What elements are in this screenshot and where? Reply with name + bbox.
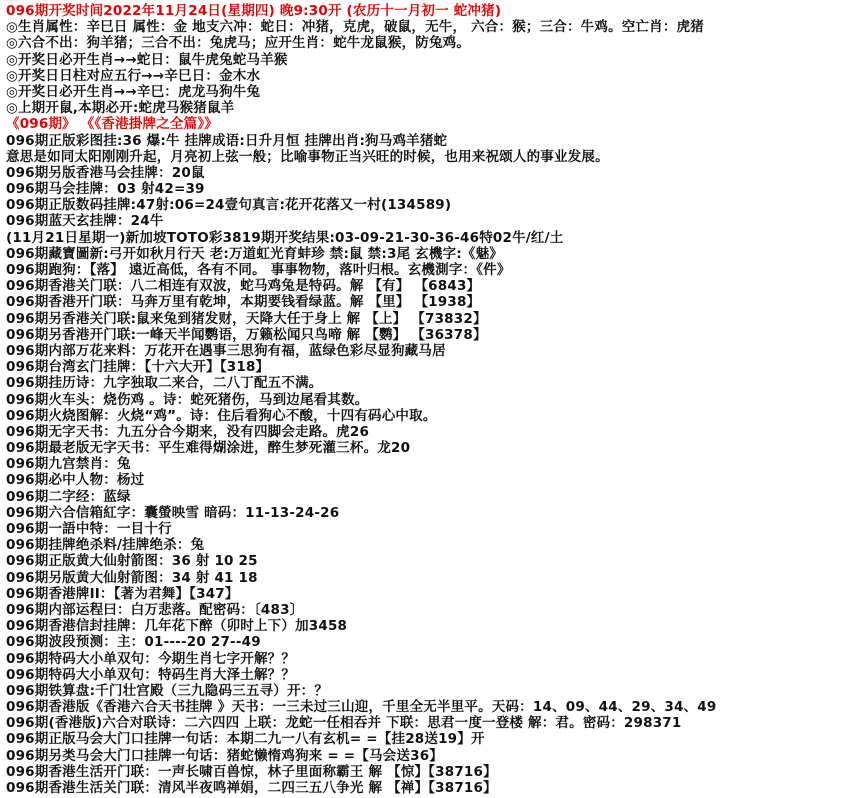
- text-line: 096期铁算盘:千门壮宫殿（三九隐码三五寻）开：？: [6, 683, 841, 699]
- text-line: 096期火车头：烧伤鸡 。诗：蛇死猪伤，马到边尾看其数。: [6, 392, 841, 408]
- text-line: ◎上期开鼠,本期必开:蛇虎马猴猪鼠羊: [6, 100, 841, 116]
- text-line: 096期二字经：蓝绿: [6, 489, 841, 505]
- text-line: 096期九宫禁肖：兔: [6, 456, 841, 472]
- text-line: 096期内部运程曰：白万悲落。配密码：〔483〕: [6, 602, 841, 618]
- text-line: 096期藏寶圖新:弓开如秋月行天 老:万道虹光育蚌珍 禁:鼠 禁:3尾 玄機字:…: [6, 246, 841, 262]
- text-line: 096期香港开门联：马奔万里有乾坤，本期要钱看绿蓝。解 【里】 【1938】: [6, 294, 841, 310]
- text-line: 096期香港生活开门联：一声长啸百兽惊，林子里面称霸王 解 【惊】【38716】: [6, 764, 841, 780]
- text-line: ◎开奖日必开生肖→→辛巳：虎龙马狗牛兔: [6, 84, 841, 100]
- content: 096期开奖时间2022年11月24日(星期四) 晚9:30开 (农历十一月初一…: [6, 3, 841, 796]
- text-line: 096期六合信箱紅字：囊螢映雪 暗码：11-13-24-26: [6, 505, 841, 521]
- text-line: 096期香港信封挂牌：几年花下醉（卯时上下）加3458: [6, 618, 841, 634]
- text-line: ◎开奖日日柱对应五行→→辛巳日：金木水: [6, 68, 841, 84]
- text-line: 096期另版香港马会挂牌：20鼠: [6, 165, 841, 181]
- text-line: 096期正版黄大仙射箭图：36 射 10 25: [6, 553, 841, 569]
- text-line: 096期正版数码挂牌:47射:06=24壹句真言:花开花落又一村(134589): [6, 197, 841, 213]
- text-line: 096期一語中特：一目十行: [6, 521, 841, 537]
- text-line: 096期跑狗：【落】 遠近高低，各有不同。 事事物物，落叶归根。玄機測字：《件》: [6, 262, 841, 278]
- text-line: 096期另版黄大仙射箭图：34 射 41 18: [6, 570, 841, 586]
- text-line: 096期蓝天玄挂牌：24牛: [6, 213, 841, 229]
- text-line: (11月21日星期一)新加坡TOTO彩3819期开奖结果:03-09-21-30…: [6, 230, 841, 246]
- text-line: 意思是如同太阳刚刚升起，月亮初上弦一般；比喻事物正当兴旺的时候，也用来祝颂人的事…: [6, 149, 841, 165]
- text-line: 096期另香港关门联:鼠来兔到猪发财，天降大任于身上 解 【上】 【73832】: [6, 311, 841, 327]
- text-line: 096期特码大小单双句：今期生肖七字开解？？: [6, 651, 841, 667]
- lottery-tips-page: 096期开奖时间2022年11月24日(星期四) 晚9:30开 (农历十一月初一…: [0, 0, 841, 798]
- text-line: 096期香港生活关门联：清风半夜鸣禅娟，二四三五八争光 解 【禅】【38716】: [6, 780, 841, 796]
- text-line: 096期香港关门联：八二相连有双波，蛇马鸡兔是特码。解 【有】 【6843】: [6, 278, 841, 294]
- text-line: 096期另香港开门联:一峰天半闻鹦语，万籁松闻只鸟啼 解 【鹦】 【36378】: [6, 327, 841, 343]
- text-line: 096期特码大小单双句：特码生肖大泽土解？？: [6, 667, 841, 683]
- text-line: ◎六合不出：狗羊猪；三合不出：兔虎马；应开生肖：蛇牛龙鼠猴，防兔鸡。: [6, 35, 841, 51]
- text-line: 096期火烧图解：火烧“鸡”。诗：住后看狗心不酸，十四有码心中取。: [6, 408, 841, 424]
- text-line: 096期台湾玄门挂牌：【十六大开】【318】: [6, 359, 841, 375]
- text-line: 096期(香港版)六合对联诗：二六四四 上联：龙蛇一任相吞并 下联：思君一度一登…: [6, 715, 841, 731]
- text-line: ◎生肖属性：辛巳日 属性：金 地支六冲：蛇日：冲猪，克虎，破鼠，无牛， 六合：猴…: [6, 19, 841, 35]
- text-line: 096期正版彩图挂:36 爆:牛 挂牌成语:日升月恒 挂牌出肖:狗马鸡羊猪蛇: [6, 133, 841, 149]
- text-line: 096期必中人物：杨过: [6, 472, 841, 488]
- text-line: 096期正版马会大门口挂牌一句话：本期二九一八有玄机= =【挂28送19】开: [6, 731, 841, 747]
- text-line: 096期内部万花来料：万花开在遇事三思狗有福，蓝绿色彩尽显狗藏马居: [6, 343, 841, 359]
- text-line: 096期香港牌II：【著为君舞】【347】: [6, 586, 841, 602]
- text-line: ◎开奖日必开生肖→→蛇日：鼠牛虎兔蛇马羊猴: [6, 52, 841, 68]
- text-line: 096期波段预测：主：01----20 27--49: [6, 634, 841, 650]
- text-line: 096期挂牌绝杀料/挂牌绝杀：兔: [6, 537, 841, 553]
- text-line: 096期马会挂牌：03 射42=39: [6, 181, 841, 197]
- text-line: 096期挂历诗：九字独取二来合，二八丁配五不满。: [6, 375, 841, 391]
- text-line: 096期最老版无字天书：平生难得煳涂进，醉生梦死灌三杯。龙20: [6, 440, 841, 456]
- text-line: 096期无字天书：九五分合今期来，没有四脚会走路。虎26: [6, 424, 841, 440]
- header-line: 《096期》 《《香港掛牌之全篇》》: [6, 116, 841, 132]
- text-line: 096期另类马会大门口挂牌一句话：猪蛇懒惰鸡狗来 = =【马会送36】: [6, 748, 841, 764]
- text-line: 096期香港版《香港六合天书挂牌 》天书：一三未过三山迎，千里全无半里平。天码：…: [6, 699, 841, 715]
- header-line: 096期开奖时间2022年11月24日(星期四) 晚9:30开 (农历十一月初一…: [6, 3, 841, 19]
